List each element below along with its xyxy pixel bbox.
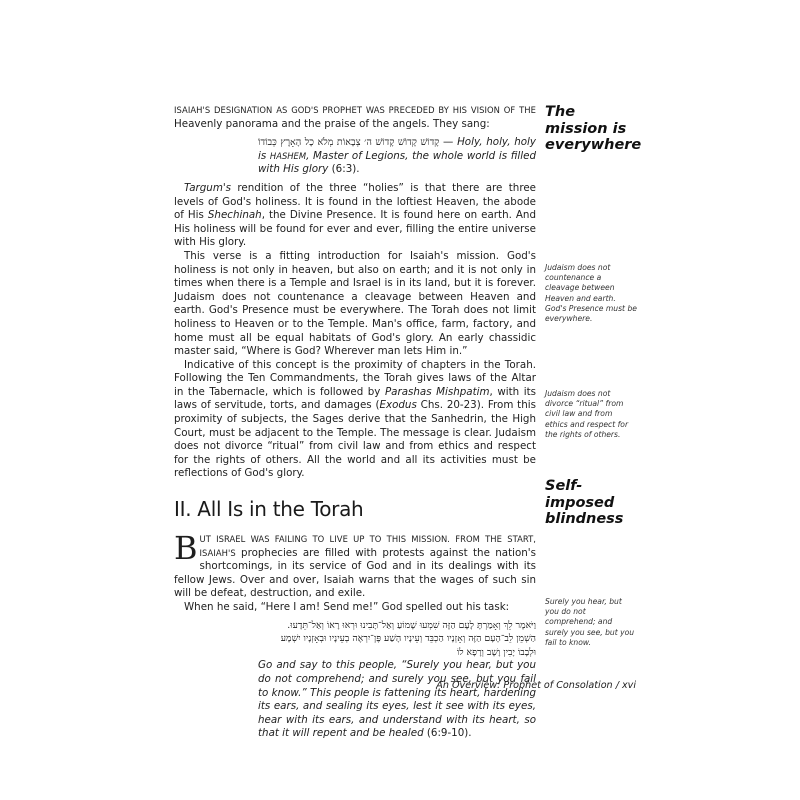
verse-reference: (6:9-10). xyxy=(424,727,472,739)
section-heading: II. All Is in the Torah xyxy=(174,497,536,521)
targum-paragraph: Targum's rendition of the three “holies”… xyxy=(174,182,536,250)
sidebar-note-surely: Surely you hear, but you do not comprehe… xyxy=(545,597,637,648)
sidebar-note-cleavage: Judaism does not countenance a cleavage … xyxy=(545,263,637,324)
verse-reference: (6:3). xyxy=(328,163,359,175)
sidebar-heading-2-block: Self-imposed blindness xyxy=(545,478,637,528)
sidebar-note-ritual: Judaism does not divorce “ritual” from c… xyxy=(545,389,637,440)
intro-smallcaps-lead: Isaiah's designation as God's prophet wa… xyxy=(174,105,536,115)
sidebar-heading-mission: The mission is everywhere xyxy=(545,104,637,154)
sidebar-note-2-block: Judaism does not divorce “ritual” from c… xyxy=(545,389,637,440)
intro-paragraph: Isaiah's designation as God's prophet wa… xyxy=(174,104,536,131)
main-text-column: Isaiah's designation as God's prophet wa… xyxy=(174,104,536,746)
failing-paragraph: But Israel was failing to live up to thi… xyxy=(174,533,536,601)
proximity-paragraph: Indicative of this concept is the proxim… xyxy=(174,359,536,481)
sidebar-heading-blindness: Self-imposed blindness xyxy=(545,478,637,528)
hebrew-line-3: וּלְבָבוֹ יָבִין וָשָׁב וְרָפָא לוֹ xyxy=(258,646,536,660)
sidebar-heading-1-block: The mission is everywhere xyxy=(545,104,637,154)
running-footer: An Overview: Prophet of Consolation / xv… xyxy=(400,680,636,691)
verse-translation-hashem: Hashem xyxy=(270,151,306,161)
sidebar-note-3-block: Surely you hear, but you do not comprehe… xyxy=(545,597,637,648)
intro-text: Heavenly panorama and the praise of the … xyxy=(174,118,490,130)
verse-quote-6-3: קָדוֹשׁ קָדוֹשׁ קָדוֹשׁ ה׳ צְבָאוֹת מְלֹ… xyxy=(258,136,536,177)
sidebar-note-1-block: Judaism does not countenance a cleavage … xyxy=(545,263,637,324)
drop-cap: B xyxy=(174,534,198,561)
exodus-italic: Exodus xyxy=(379,399,416,411)
book-page: Isaiah's designation as God's prophet wa… xyxy=(0,0,800,800)
em-dash: — xyxy=(439,136,457,148)
mission-paragraph: This verse is a fitting introduction for… xyxy=(174,250,536,359)
hebrew-line-2: הַשְׁמֵן לֵב־הָעָם הַזֶּה וְאָזְנָיו הַכ… xyxy=(258,632,536,646)
task-paragraph: When he said, “Here I am! Send me!” God … xyxy=(174,601,536,615)
targum-italic: Targum's xyxy=(184,182,231,194)
verse-translation: Go and say to this people, “Surely you h… xyxy=(258,659,536,741)
verse-translation-text: Go and say to this people, “Surely you h… xyxy=(258,659,536,739)
shechinah-italic: Shechinah xyxy=(208,209,262,221)
hebrew-line-1: וַיֹּאמֶר לֵךְ וְאָמַרְתָּ לָעָם הַזֶּה … xyxy=(258,619,536,633)
parashas-italic: Parashas Mishpatim xyxy=(385,386,490,398)
hebrew-verse: קָדוֹשׁ קָדוֹשׁ קָדוֹשׁ ה׳ צְבָאוֹת מְלֹ… xyxy=(258,137,439,148)
